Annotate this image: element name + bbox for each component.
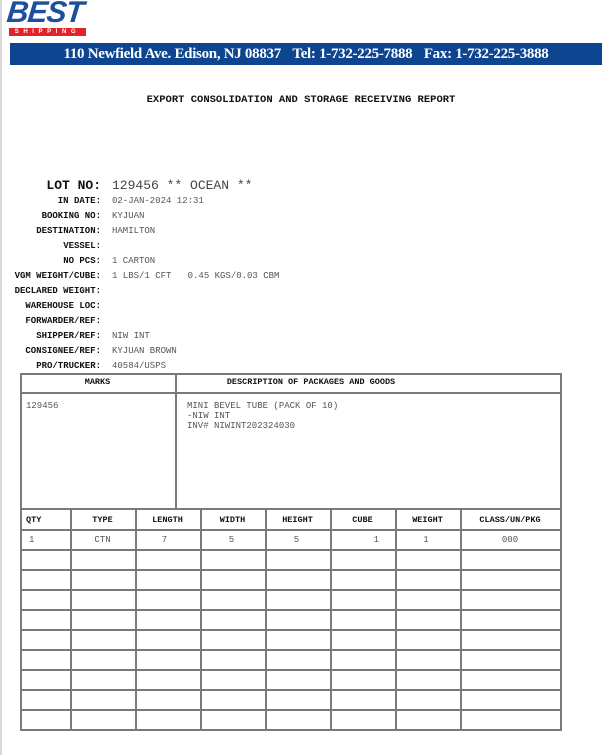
info-label: FORWARDER/REF: [0, 316, 101, 326]
goods-table-left-border [20, 373, 22, 509]
goods-table-right-border [560, 373, 562, 509]
goods-table-column-divider [175, 373, 177, 509]
pieces-table-row-divider [20, 569, 562, 571]
report-title: EXPORT CONSOLIDATION AND STORAGE RECEIVI… [0, 94, 602, 106]
info-value: 1 CARTON [112, 256, 155, 266]
info-label: WAREHOUSE LOC: [0, 301, 101, 311]
marks-header: MARKS [20, 377, 175, 387]
description-line: INV# NIWINT202324030 [187, 421, 295, 431]
info-value: HAMILTON [112, 226, 155, 236]
pieces-table-column-divider [560, 508, 562, 731]
info-label: SHIPPER/REF: [0, 331, 101, 341]
description-header: DESCRIPTION OF PACKAGES AND GOODS [176, 377, 446, 387]
pieces-table-row-divider [20, 689, 562, 691]
info-label: PRO/TRUCKER: [0, 361, 101, 371]
pieces-table-column-divider [20, 508, 22, 731]
lot-number-value: 129456 ** OCEAN ** [112, 178, 252, 193]
company-fax: Fax: 1-732-225-3888 [424, 46, 549, 62]
width-header: WIDTH [200, 515, 265, 525]
qty-cell: 1 [29, 535, 34, 545]
pieces-table-row-divider [20, 709, 562, 711]
info-label: VGM WEIGHT/CUBE: [0, 271, 101, 281]
pieces-table-row-divider [20, 669, 562, 671]
pieces-table-row-divider [20, 649, 562, 651]
company-address: 110 Newfield Ave. Edison, NJ 08837 [63, 46, 280, 62]
info-label: VESSEL: [0, 241, 101, 251]
info-value: KYJUAN [112, 211, 144, 221]
weight-header: WEIGHT [395, 515, 460, 525]
contact-banner: 110 Newfield Ave. Edison, NJ 08837 Tel: … [10, 43, 602, 65]
info-label: CONSIGNEE/REF: [0, 346, 101, 356]
lot-number-label: LOT NO: [0, 178, 101, 193]
qty-header: QTY [26, 515, 41, 525]
info-value: 1 LBS/1 CFT 0.45 KGS/0.03 CBM [112, 271, 279, 281]
company-logo: BEST SHIPPING [5, 0, 87, 38]
description-line: MINI BEVEL TUBE (PACK OF 10) [187, 401, 338, 411]
pieces-table-row-divider [20, 549, 562, 551]
marks-value: 129456 [26, 401, 58, 411]
logo-tagline: SHIPPING [9, 28, 86, 36]
page-edge [0, 0, 2, 755]
pieces-table-row-divider [20, 589, 562, 591]
goods-table-header-divider [20, 392, 562, 394]
report-title-text: EXPORT CONSOLIDATION AND STORAGE RECEIVI… [147, 94, 456, 106]
pieces-table-row-divider [20, 629, 562, 631]
type-cell: CTN [70, 535, 135, 545]
pieces-table-row-divider [20, 609, 562, 611]
info-value: 02-JAN-2024 12:31 [112, 196, 204, 206]
pieces-table-row-divider [20, 729, 562, 731]
info-label: BOOKING NO: [0, 211, 101, 221]
cube-header: CUBE [330, 515, 395, 525]
length-header: LENGTH [135, 515, 200, 525]
description-line: -NIW INT [187, 411, 230, 421]
goods-table-top-border [20, 373, 562, 375]
pieces-table-top-border [20, 508, 562, 510]
company-phone: Tel: 1-732-225-7888 [292, 46, 412, 62]
length-cell: 7 [135, 535, 194, 545]
height-header: HEIGHT [265, 515, 330, 525]
info-label: NO PCS: [0, 256, 101, 266]
weight-cell: 1 [395, 535, 457, 545]
type-header: TYPE [70, 515, 135, 525]
info-label: DESTINATION: [0, 226, 101, 236]
info-value: 40584/USPS [112, 361, 166, 371]
info-value: NIW INT [112, 331, 150, 341]
class-un-pkg-cell: 000 [460, 535, 560, 545]
pieces-table-row-divider [20, 529, 562, 531]
info-label: DECLARED WEIGHT: [0, 286, 101, 296]
height-cell: 5 [265, 535, 328, 545]
width-cell: 5 [200, 535, 263, 545]
logo-wordmark: BEST [5, 0, 85, 31]
cube-cell: 1 [330, 535, 379, 545]
info-value: KYJUAN BROWN [112, 346, 177, 356]
class-un-pkg-header: CLASS/UN/PKG [460, 515, 560, 525]
info-label: IN DATE: [0, 196, 101, 206]
